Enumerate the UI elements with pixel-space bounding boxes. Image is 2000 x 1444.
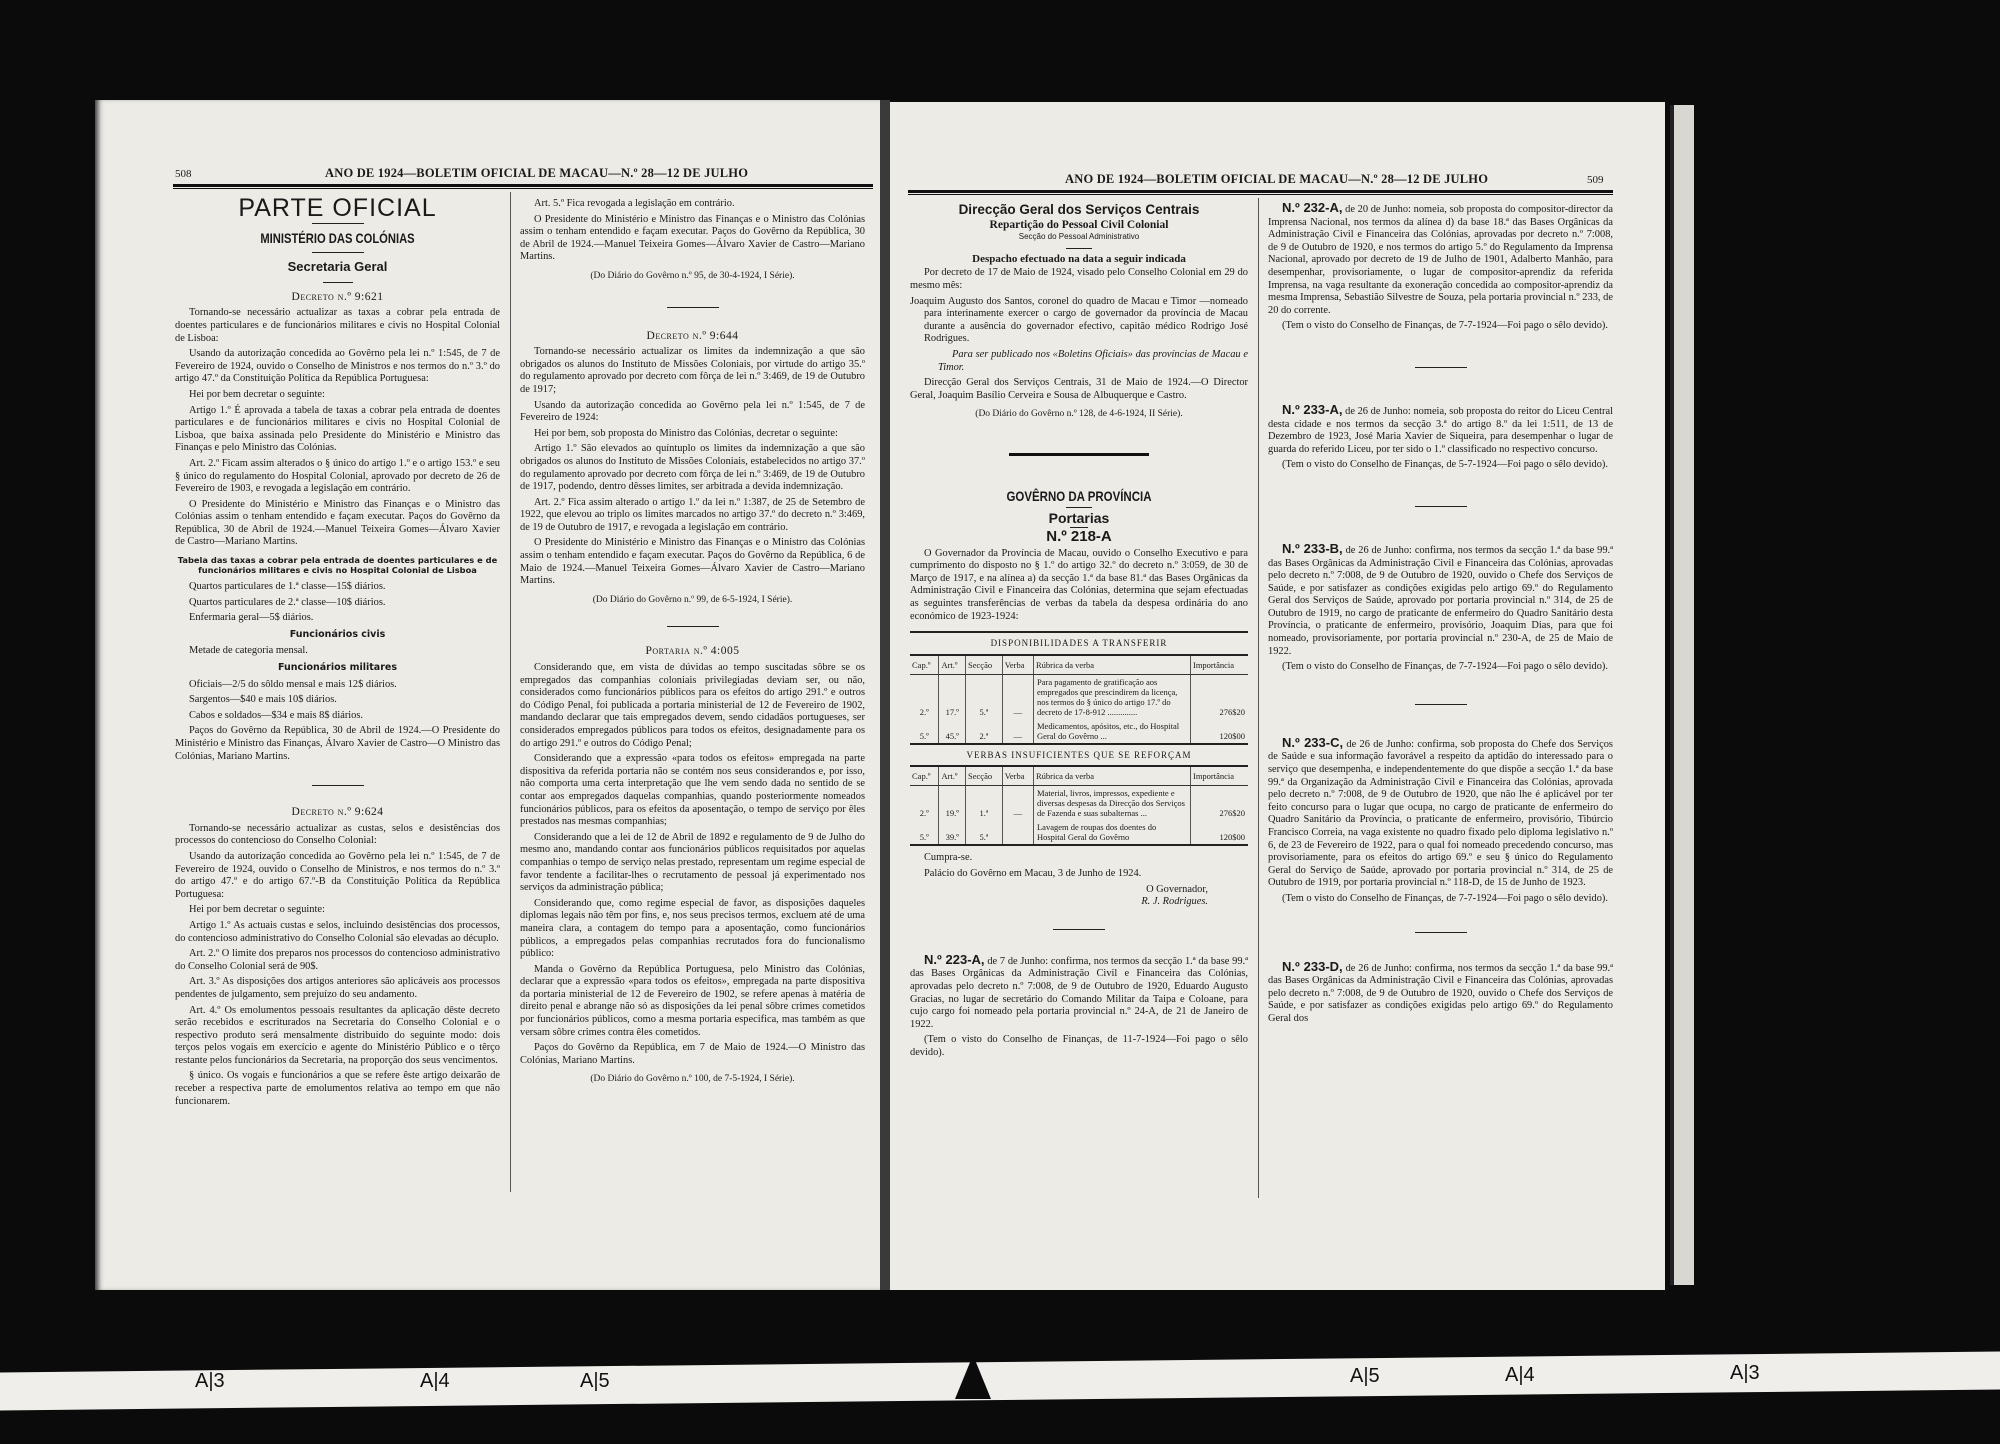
column-header: Art.º [939, 655, 966, 675]
visto-note: (Tem o visto do Conselho de Finanças, de… [910, 1034, 1248, 1059]
civil-heading: Funcionários civis [175, 629, 500, 642]
column-header: Verba [1002, 766, 1033, 786]
cell: Medicamentos, apósitos, etc., do Hospita… [1033, 719, 1190, 744]
publication-note: Para ser publicado nos «Boletins Oficiai… [910, 349, 1248, 374]
entry-text: de 26 de Junho: confirma, sob proposta d… [1268, 739, 1613, 889]
column-header: Importância [1190, 655, 1248, 675]
cell: Material, livros, impressos, expediente … [1033, 786, 1190, 821]
running-head: ANO DE 1924—BOLETIM OFICIAL DE MACAU—N.º… [1065, 172, 1488, 187]
cell: 1.ª [966, 786, 1003, 821]
directorate-heading: Direcção Geral dos Serviços Centrais [910, 204, 1248, 217]
cell: 17.º [939, 674, 966, 719]
paragraph: Artigo 1.º As actuais custas e selos, in… [175, 920, 500, 945]
divider [1066, 507, 1092, 508]
rate-item: Quartos particulares de 2.ª classe—10$ d… [175, 597, 500, 610]
visto-note: (Tem o visto do Conselho de Finanças, de… [1268, 459, 1613, 472]
cell: 5.º [910, 719, 939, 744]
entry-223a: N.º 223-A, de 7 de Junho: confirma, nos … [910, 954, 1248, 1032]
cell: 276$20 [1190, 674, 1248, 719]
column-header: Art.º [939, 766, 966, 786]
palace-date: Palácio do Govêrno em Macau, 3 de Junho … [910, 868, 1248, 881]
right-column-1: Direcção Geral dos Serviços Centrais Rep… [910, 202, 1248, 1063]
film-mark: A|3 [1730, 1362, 1760, 1385]
paragraph: Considerando que, em vista de dúvidas ao… [520, 662, 865, 750]
paragraph: O Presidente do Ministério e Ministro da… [175, 499, 500, 549]
table-row: 5.º 45.º 2.ª — Medicamentos, apósitos, e… [910, 719, 1248, 744]
paragraph: Tornando-se necessário actualizar as tax… [175, 307, 500, 345]
paragraph: Usando da autorização concedida ao Govêr… [175, 348, 500, 386]
entry-ref: N.º 233-D, [1282, 959, 1343, 974]
entry-text: de 26 de Junho: confirma, nos termos da … [1268, 545, 1613, 657]
cell: 120$00 [1190, 820, 1248, 845]
paragraph: Tornando-se necessário actualizar os lim… [520, 346, 865, 396]
governor-name: R. J. Rodrigues. [910, 896, 1248, 909]
column-divider [1258, 198, 1259, 1198]
division-heading: Repartição do Pessoal Civil Colonial [910, 219, 1248, 232]
film-mark: A|4 [420, 1370, 450, 1393]
paragraph: Paços do Govêrno da República, em 7 de M… [520, 1042, 865, 1067]
reinforce-table: Cap.º Art.º Secção Verba Rúbrica da verb… [910, 765, 1248, 846]
column-header: Cap.º [910, 655, 939, 675]
cell: 5.º [910, 820, 939, 845]
table-caption: VERBAS INSUFICIENTES QUE SE REFORÇAM [910, 749, 1248, 762]
closing: Paços do Govêrno da República, 30 de Abr… [175, 725, 500, 763]
header-rule [908, 190, 1613, 195]
paragraph: Artigo 1.º São elevados ao quíntuplo os … [520, 443, 865, 493]
paragraph: Considerando que a lei de 12 de Abril de… [520, 832, 865, 895]
transfer-table: Cap.º Art.º Secção Verba Rúbrica da verb… [910, 654, 1248, 745]
cell: 276$20 [1190, 786, 1248, 821]
film-mark: A|4 [1505, 1364, 1535, 1387]
cell: — [1002, 674, 1033, 719]
divider [1009, 453, 1149, 456]
column-header: Rúbrica da verba [1033, 766, 1190, 786]
paragraph: Art. 3.º As disposições dos artigos ante… [175, 976, 500, 1001]
entry: N.º 233-A, de 26 de Junho: nomeia, sob p… [1268, 404, 1613, 456]
cell: 120$00 [1190, 719, 1248, 744]
divider [312, 223, 364, 224]
paragraph: § único. Os vogais e funcionários a que … [175, 1070, 500, 1108]
visto-note: (Tem o visto do Conselho de Finanças, de… [1268, 320, 1613, 333]
book-gutter [880, 100, 890, 1290]
left-page: 508 ANO DE 1924—BOLETIM OFICIAL DE MACAU… [95, 100, 880, 1290]
decree-title: Decreto n.º 9:644 [520, 330, 865, 343]
cell: — [1002, 786, 1033, 821]
paragraph: Hei por bem decretar o seguinte: [175, 904, 500, 917]
portaria-title: Portaria n.º 4:005 [520, 645, 865, 658]
signature: Direcção Geral dos Serviços Centrais, 31… [910, 377, 1248, 402]
column-header: Cap.º [910, 766, 939, 786]
divider [1415, 704, 1467, 705]
running-head: ANO DE 1924—BOLETIM OFICIAL DE MACAU—N.º… [325, 166, 748, 181]
entry-ref: N.º 233-A, [1282, 402, 1342, 417]
paragraph: Hei por bem decretar o seguinte: [175, 389, 500, 402]
paragraph: Art. 5.º Fica revogada a legislação em c… [520, 198, 865, 211]
section-title: PARTE OFICIAL [175, 202, 500, 215]
table-row: 5.º 39.º 5.ª Lavagem de roupas dos doent… [910, 820, 1248, 845]
paragraph: Joaquim Augusto dos Santos, coronel do q… [910, 296, 1248, 346]
portarias-heading: Portarias [910, 512, 1248, 525]
column-divider [510, 192, 511, 1192]
visto-note: (Tem o visto do Conselho de Finanças, de… [1268, 893, 1613, 906]
portaria-number: N.º 218-A [910, 531, 1248, 544]
film-strip [0, 1352, 2000, 1411]
department-heading: Secretaria Geral [175, 261, 500, 274]
divider [1415, 367, 1467, 368]
government-heading: GOVÊRNO DA PROVÍNCIA [940, 490, 1217, 503]
film-mark: A|5 [580, 1370, 610, 1393]
entry-ref: N.º 233-B, [1282, 541, 1343, 556]
divider [1415, 506, 1467, 507]
entry: N.º 233-B, de 26 de Junho: confirma, nos… [1268, 543, 1613, 658]
entry: N.º 233-D, de 26 de Junho: confirma, nos… [1268, 961, 1613, 1026]
paragraph: Manda o Govêrno da República Portuguesa,… [520, 964, 865, 1040]
film-mark: A|5 [1350, 1365, 1380, 1388]
cell: 45.º [939, 719, 966, 744]
divider [1066, 248, 1092, 249]
rate-item: Cabos e soldados—$34 e mais 8$ diários. [175, 710, 500, 723]
cell: 5.ª [966, 674, 1003, 719]
cumpra-se: Cumpra-se. [910, 852, 1248, 865]
right-column-2: N.º 232-A, de 20 de Junho: nomeia, sob p… [1268, 202, 1613, 1029]
left-column-1: PARTE OFICIAL MINISTÉRIO DAS COLÓNIAS Se… [175, 198, 500, 1111]
cell [1002, 820, 1033, 845]
cell: 2.ª [966, 719, 1003, 744]
paragraph: Art. 2.º O limite dos preparos nos proce… [175, 948, 500, 973]
cell: 39.º [939, 820, 966, 845]
entry-text: de 20 de Junho: nomeia, sob proposta do … [1268, 204, 1613, 316]
governor-title: O Governador, [910, 884, 1248, 897]
right-page: ANO DE 1924—BOLETIM OFICIAL DE MACAU—N.º… [890, 102, 1665, 1290]
cell: 2.º [910, 674, 939, 719]
paragraph: Art. 2.º Ficam assim alterados o § único… [175, 458, 500, 496]
divider [323, 282, 353, 283]
page-number: 509 [1587, 174, 1604, 186]
divider [312, 252, 364, 253]
cell: Para pagamento de gratificação aos empre… [1033, 674, 1190, 719]
divider [1415, 932, 1467, 933]
divider [1053, 929, 1105, 930]
despacho-heading: Despacho efectuado na data a seguir indi… [910, 253, 1248, 266]
entry-ref: N.º 232-A, [1282, 200, 1342, 215]
cell: 19.º [939, 786, 966, 821]
column-header: Verba [1002, 655, 1033, 675]
cell: 5.ª [966, 820, 1003, 845]
rate-item: Quartos particulares de 1.ª classe—15$ d… [175, 581, 500, 594]
column-header: Secção [966, 766, 1003, 786]
cell: — [1002, 719, 1033, 744]
paragraph: Art. 2.º Fica assim alterado o artigo 1.… [520, 497, 865, 535]
paragraph: Considerando que a expressão «para todos… [520, 753, 865, 829]
column-header: Secção [966, 655, 1003, 675]
entry: N.º 233-C, de 26 de Junho: confirma, sob… [1268, 737, 1613, 890]
page-number: 508 [175, 168, 192, 180]
header-rule [173, 184, 873, 189]
paragraph: Tornando-se necessário actualizar as cus… [175, 823, 500, 848]
paragraph: Por decreto de 17 de Maio de 1924, visad… [910, 267, 1248, 292]
table-row: 2.º 19.º 1.ª — Material, livros, impress… [910, 786, 1248, 821]
table-row: 2.º 17.º 5.ª — Para pagamento de gratifi… [910, 674, 1248, 719]
civil-text: Metade de categoria mensal. [175, 645, 500, 658]
paragraph: Hei por bem, sob proposta do Ministro da… [520, 428, 865, 441]
paragraph: O Presidente do Ministério e Ministro da… [520, 537, 865, 587]
decree-title: Decreto n.º 9:621 [175, 291, 500, 304]
paragraph: Art. 4.º Os emolumentos pessoais resulta… [175, 1005, 500, 1068]
rate-item: Oficiais—2/5 do sôldo mensal e mais 12$ … [175, 679, 500, 692]
ministry-heading: MINISTÉRIO DAS COLÓNIAS [208, 232, 468, 245]
page-stack-edge [1670, 105, 1694, 1285]
decree-title: Decreto n.º 9:624 [175, 806, 500, 819]
paragraph: O Presidente do Ministério e Ministro da… [520, 214, 865, 264]
entry-ref: N.º 233-C, [1282, 735, 1343, 750]
table-title: Tabela das taxas a cobrar pela entrada d… [175, 555, 500, 575]
source-note: (Do Diário do Govêrno n.º 100, de 7-5-19… [520, 1073, 865, 1086]
cell: Lavagem de roupas dos doentes do Hospita… [1033, 820, 1190, 845]
column-header: Rúbrica da verba [1033, 655, 1190, 675]
paragraph: Usando da autorização concedida ao Govêr… [520, 400, 865, 425]
paragraph: O Governador da Província de Macau, ouvi… [910, 548, 1248, 624]
left-column-2: Art. 5.º Fica revogada a legislação em c… [520, 198, 865, 1092]
column-header: Importância [1190, 766, 1248, 786]
rate-item: Enfermaria geral—5$ diários. [175, 612, 500, 625]
table-rule [910, 631, 1248, 633]
source-note: (Do Diário do Govêrno n.º 95, de 30-4-19… [520, 270, 865, 283]
visto-note: (Tem o visto do Conselho de Finanças, de… [1268, 661, 1613, 674]
paragraph: Artigo 1.º É aprovada a tabela de taxas … [175, 405, 500, 455]
entry: N.º 232-A, de 20 de Junho: nomeia, sob p… [1268, 202, 1613, 317]
divider [667, 307, 719, 308]
entry-ref: N.º 223-A, [924, 952, 985, 967]
table-caption: DISPONIBILIDADES A TRANSFERIR [910, 637, 1248, 650]
film-mark: A|3 [195, 1370, 225, 1393]
paragraph: Considerando que, como regime especial d… [520, 898, 865, 961]
divider [667, 626, 719, 627]
source-note: (Do Diário do Govêrno n.º 99, de 6-5-192… [520, 594, 865, 607]
section-heading: Secção do Pessoal Administrativo [910, 231, 1248, 244]
film-notch [955, 1355, 991, 1399]
source-note: (Do Diário do Govêrno n.º 128, de 4-6-19… [910, 408, 1248, 421]
cell: 2.º [910, 786, 939, 821]
military-heading: Funcionários militares [175, 662, 500, 675]
rate-item: Sargentos—$40 e mais 10$ diários. [175, 694, 500, 707]
paragraph: Usando da autorização concedida ao Govêr… [175, 851, 500, 901]
divider [312, 785, 364, 786]
